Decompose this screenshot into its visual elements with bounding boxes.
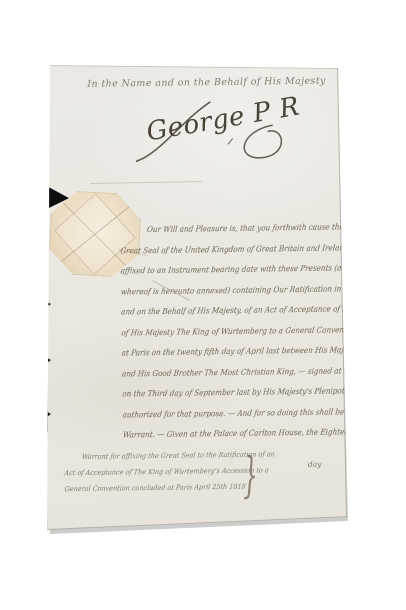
body-line: Our Will and Pleasure is, that you forth… — [119, 222, 344, 234]
body-line: at Paris on the twenty fifth day of Apri… — [121, 345, 359, 357]
body-line: and on the Behalf of His Majesty, of an … — [121, 304, 394, 317]
body-line: Great Seal of the United Kingdom of Grea… — [120, 242, 370, 254]
docket-line: General Convention concluded at Paris Ap… — [64, 483, 246, 494]
signature-text: George P R — [144, 92, 302, 148]
ribbon-icon — [43, 150, 48, 206]
docket-line: Act of Acceptance of The King of Wurtemb… — [64, 466, 269, 477]
margin-note-day: day — [308, 460, 322, 469]
ribbon-icon — [45, 487, 47, 528]
photo-backdrop: In the Name and on the Behalf of His Maj… — [0, 0, 406, 610]
body-line: of His Majesty The King of Wurtemberg to… — [121, 324, 399, 337]
signature-flourish-icon: George P R — [130, 91, 309, 171]
body-line: whereof is hereunto annexed) containing … — [120, 283, 380, 296]
ribbon-icon — [43, 93, 48, 433]
document-heading: In the Name and on the Behalf of His Maj… — [66, 75, 346, 90]
body-line: Warrant. — Given at the Palace of Carlto… — [122, 427, 361, 439]
body-line: and His Good Brother The Most Christian … — [121, 365, 387, 378]
body-line: affixed to an Instrument bearing date wi… — [120, 263, 363, 275]
royal-signature: George P R — [130, 91, 309, 171]
docket-brace: } — [243, 447, 258, 504]
body-line: authorized for that purpose. — And for s… — [122, 407, 364, 419]
body-line: on the Third day of September last by Hi… — [122, 386, 389, 399]
